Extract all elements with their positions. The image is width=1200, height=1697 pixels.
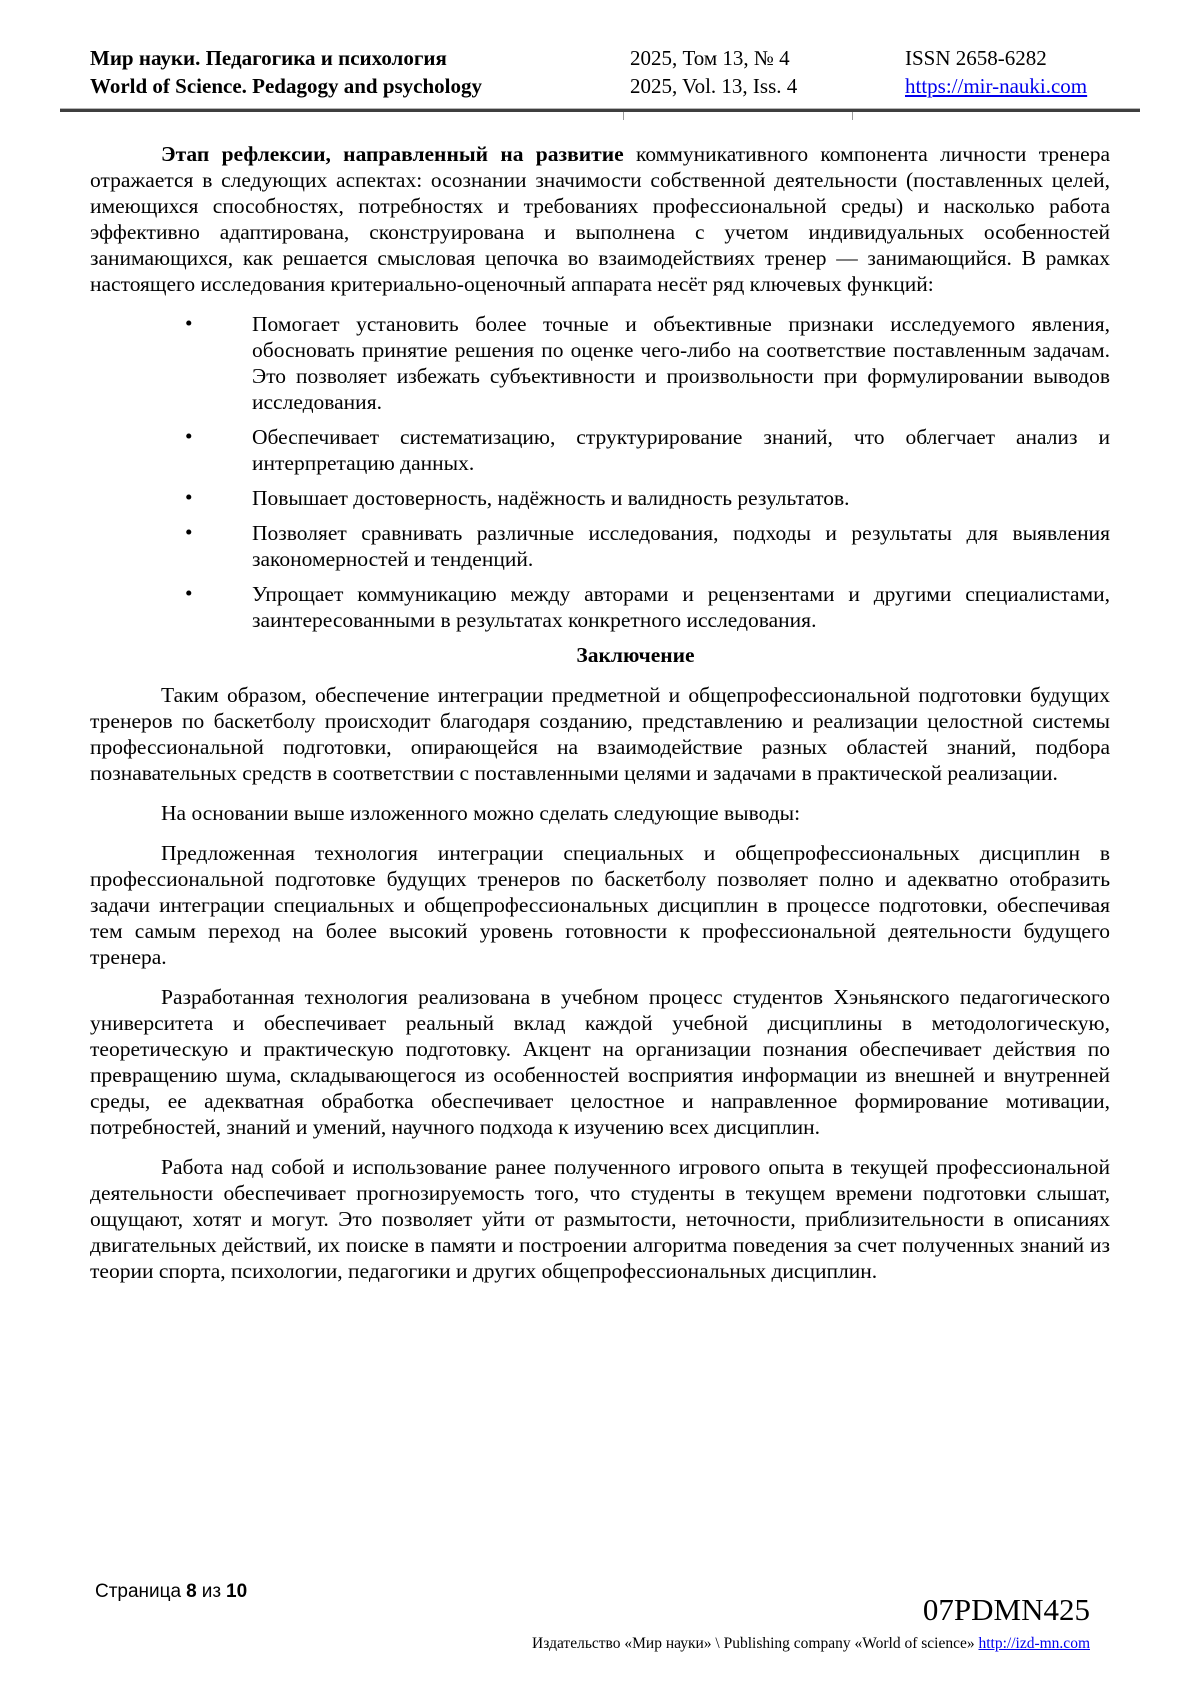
header-rule [60, 108, 1140, 112]
page-number-total: 10 [226, 1581, 247, 1602]
document-code: 07PDMN425 [923, 1593, 1090, 1627]
journal-title-en: World of Science. Pedagogy and psycholog… [90, 72, 630, 100]
journal-title: Мир науки. Педагогика и психология World… [90, 44, 630, 100]
header-rule-tick [623, 112, 624, 120]
page-header: Мир науки. Педагогика и психология World… [90, 44, 1110, 100]
paragraph-reflexion: Этап рефлексии, направленный на развитие… [90, 141, 1110, 297]
publisher-text: Издательство «Мир науки» \ Publishing co… [532, 1635, 975, 1652]
page-number: Страница8из10 [95, 1581, 252, 1603]
publisher-site-link[interactable]: http://izd-mn.com [979, 1635, 1091, 1652]
list-item: • Позволяет сравнивать различные исследо… [90, 520, 1110, 572]
list-item-text: Упрощает коммуникацию между авторами и р… [252, 582, 1110, 632]
paragraph: На основании выше изложенного можно сдел… [90, 800, 1110, 826]
list-item: • Упрощает коммуникацию между авторами и… [90, 581, 1110, 633]
list-item: • Обеспечивает систематизацию, структури… [90, 424, 1110, 476]
journal-title-ru: Мир науки. Педагогика и психология [90, 44, 630, 72]
list-item: • Помогает установить более точные и объ… [90, 311, 1110, 415]
conclusion-heading: Заключение [90, 642, 1110, 668]
list-item-text: Помогает установить более точные и объек… [252, 312, 1110, 414]
bullet-icon: • [185, 484, 193, 510]
journal-site-link[interactable]: https://mir-nauki.com [905, 74, 1087, 98]
issn-number: ISSN 2658-6282 [905, 44, 1110, 72]
header-rule-tick [852, 112, 853, 120]
paragraph: Работа над собой и использование ранее п… [90, 1154, 1110, 1284]
bullet-icon: • [185, 580, 193, 606]
functions-bullet-list: • Помогает установить более точные и объ… [90, 311, 1110, 633]
bullet-icon: • [185, 423, 193, 449]
page-number-of: из [202, 1581, 221, 1602]
page-number-current: 8 [186, 1581, 197, 1602]
issue-en: 2025, Vol. 13, Iss. 4 [630, 72, 905, 100]
bullet-icon: • [185, 519, 193, 545]
article-body: Этап рефлексии, направленный на развитие… [90, 141, 1110, 1298]
issn-block: ISSN 2658-6282 https://mir-nauki.com [905, 44, 1110, 100]
document-page: Мир науки. Педагогика и психология World… [0, 0, 1200, 1697]
issue-ru: 2025, Том 13, № 4 [630, 44, 905, 72]
publisher-line: Издательство «Мир науки» \ Publishing co… [532, 1634, 1090, 1653]
list-item-text: Повышает достоверность, надёжность и вал… [252, 486, 850, 510]
page-number-label: Страница [95, 1581, 181, 1602]
list-item-text: Обеспечивает систематизацию, структуриро… [252, 425, 1110, 475]
list-item-text: Позволяет сравнивать различные исследова… [252, 521, 1110, 571]
list-item: • Повышает достоверность, надёжность и в… [90, 485, 1110, 511]
bullet-icon: • [185, 310, 193, 336]
paragraph: Предложенная технология интеграции специ… [90, 840, 1110, 970]
issue-info: 2025, Том 13, № 4 2025, Vol. 13, Iss. 4 [630, 44, 905, 100]
paragraph-lead-bold: Этап рефлексии, направленный на развитие [161, 142, 624, 166]
paragraph: Таким образом, обеспечение интеграции пр… [90, 682, 1110, 786]
paragraph: Разработанная технология реализована в у… [90, 984, 1110, 1140]
